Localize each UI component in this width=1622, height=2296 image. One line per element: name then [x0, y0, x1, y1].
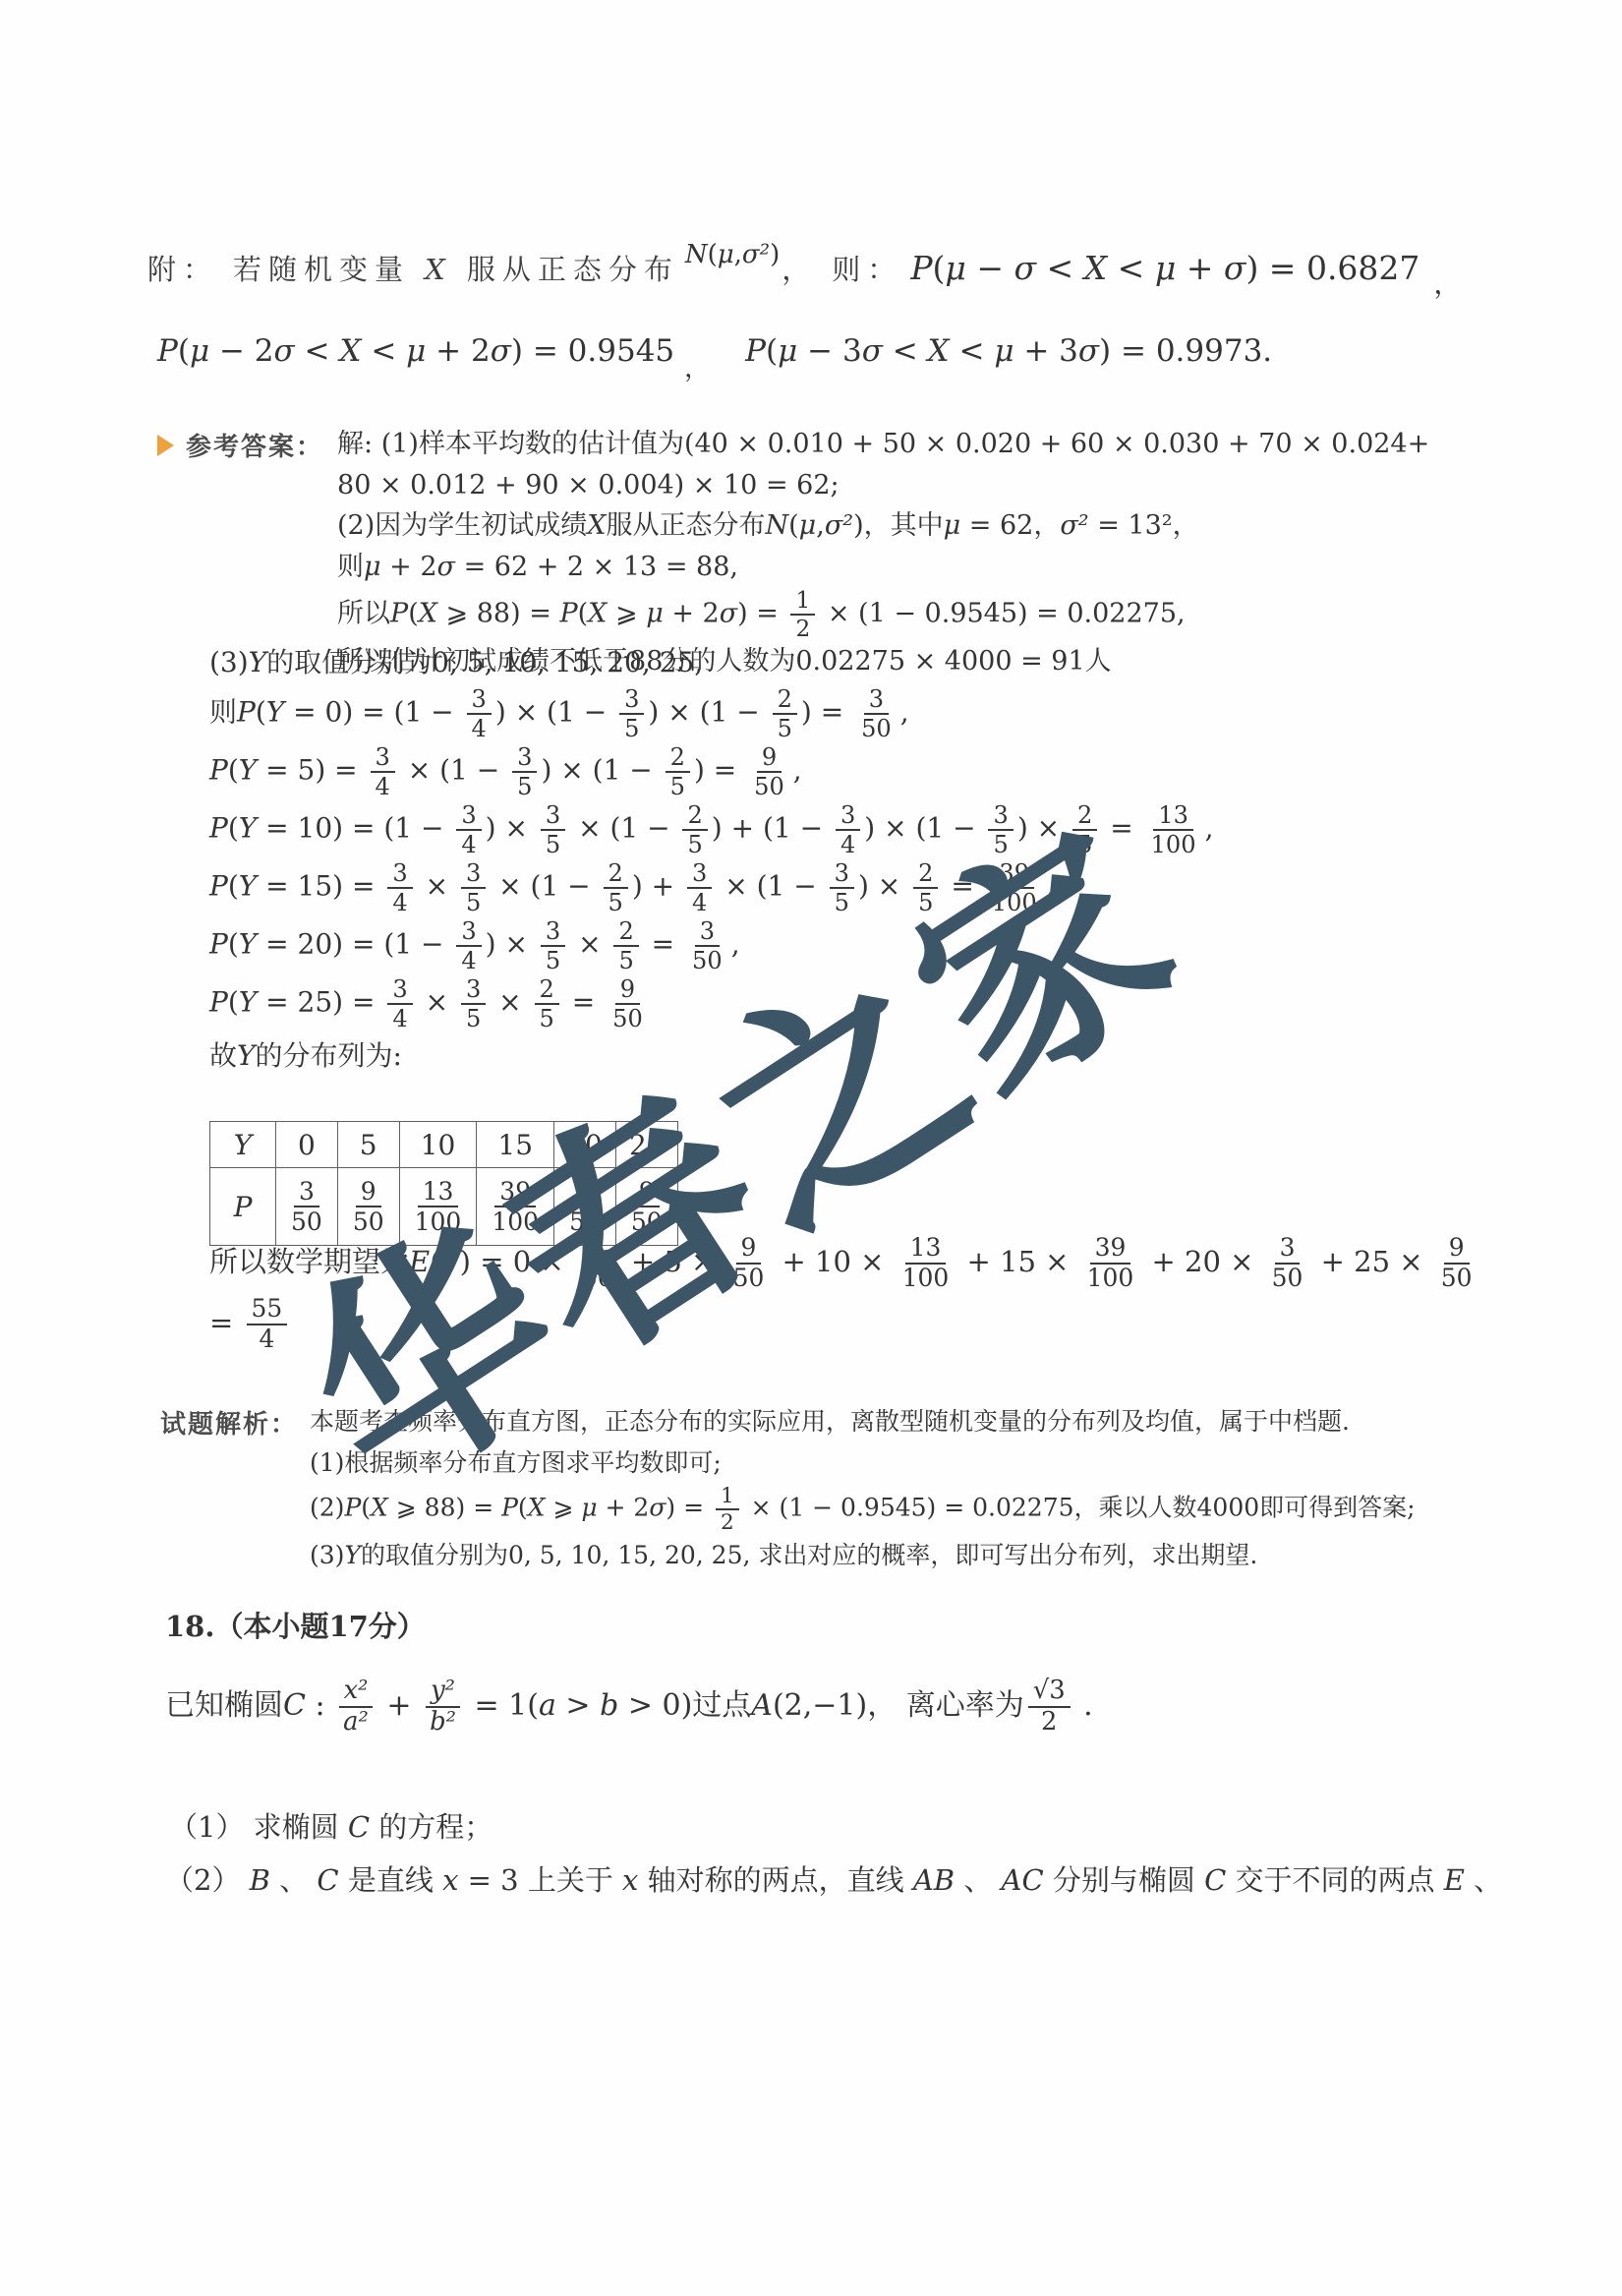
- math-line: 则P(Y = 0) = (1 − 34) × (1 − 35) × (1 − 2…: [209, 686, 1213, 741]
- answer-arrow-icon: [157, 435, 174, 456]
- table-cell: 950: [615, 1168, 677, 1246]
- probability-formula-2: P(μ − 2σ < X < μ + 2σ) = 0.9545: [157, 333, 674, 369]
- math-line: P(Y = 20) = (1 − 34) × 35 × 25 = 350,: [209, 918, 1213, 973]
- math-line: P(Y = 15) = 34 × 35 × (1 − 25) + 34 × (1…: [209, 860, 1213, 915]
- math-line: 所以P(X ⩾ 88) = P(X ⩾ μ + 2σ) = 12 × (1 − …: [337, 588, 1429, 641]
- appendix-line-2: P(μ − 2σ < X < μ + 2σ) = 0.9545 ， P(μ − …: [157, 332, 1272, 369]
- question-18-item-2: （2） B 、 C 是直线 x = 3 上关于 x 轴对称的两点，直线 AB 、…: [165, 1858, 1571, 1899]
- math-line: 80 × 0.012 + 90 × 0.004) × 10 = 62;: [337, 466, 1429, 506]
- table-cell: 13100: [399, 1168, 477, 1246]
- expectation-calculation: 所以数学期望为E(Y) = 0 × 350 + 5 × 950 + 10 × 1…: [209, 1235, 1481, 1357]
- table-cell: 10: [399, 1122, 477, 1168]
- table-header-y: Y: [210, 1122, 276, 1168]
- table-row-y: Y 0510152025: [210, 1122, 678, 1168]
- table-cell: 15: [477, 1122, 554, 1168]
- probability-formula-1: P(μ − σ < X < μ + σ) = 0.6827: [910, 249, 1419, 287]
- math-line: P(Y = 25) = 34 × 35 × 25 = 950: [209, 976, 1213, 1031]
- question-18-item-1: （1） 求椭圆 C 的方程；: [169, 1805, 492, 1846]
- table-header-p: P: [210, 1168, 276, 1246]
- normal-distribution-formula: N(μ,σ²): [685, 240, 780, 269]
- math-line: (3)Y的取值分别为0, 5, 10, 15, 20, 25, 求出对应的概率，…: [310, 1536, 1416, 1575]
- math-line: 所以数学期望为E(Y) = 0 × 350 + 5 × 950 + 10 × 1…: [209, 1235, 1481, 1292]
- question-18-intro: 已知椭圆C : x²a² + y²b² = 1(a > b > 0)过点A(2,…: [165, 1678, 1093, 1737]
- table-cell: 25: [615, 1122, 677, 1168]
- math-line: 故Y的分布列为:: [209, 1034, 1213, 1077]
- probability-formula-3: P(μ − 3σ < X < μ + 3σ) = 0.9973.: [745, 333, 1272, 369]
- reference-answer-label-row: 参考答案：: [157, 427, 323, 463]
- table-cell: 350: [276, 1168, 338, 1246]
- table-cell: 20: [554, 1122, 616, 1168]
- reference-answer-label: 参考答案：: [186, 427, 323, 463]
- math-line: (2)因为学生初试成绩X服从正态分布N(μ,σ²)，其中μ = 62，σ² = …: [337, 506, 1429, 547]
- math-line: 解: (1)样本平均数的估计值为(40 × 0.010 + 50 × 0.020…: [337, 425, 1429, 465]
- table-cell: 5: [337, 1122, 399, 1168]
- part3-solution: (3)Y的取值分别为0, 5, 10, 15, 20, 25,则P(Y = 0)…: [209, 641, 1213, 1081]
- analysis-label: 试题解析：: [160, 1404, 298, 1441]
- analysis-section: 试题解析： 本题考查频率分布直方图，正态分布的实际应用，离散型随机变量的分布列及…: [160, 1402, 1416, 1577]
- distribution-table: Y 0510152025 P 3509501310039100350950: [209, 1121, 678, 1246]
- question-18-heading: 18.（本小题17分）: [165, 1605, 426, 1645]
- appendix-line-1: 附： 若随机变量 X 服从正态分布 N(μ,σ²) ， 则： P(μ − σ <…: [147, 248, 1524, 288]
- table-cell: 950: [337, 1168, 399, 1246]
- table-row-p: P 3509501310039100350950: [210, 1168, 678, 1246]
- table-cell: 350: [554, 1168, 616, 1246]
- comma-mark: ，: [684, 348, 710, 384]
- math-line: 则μ + 2σ = 62 + 2 × 13 = 88,: [337, 548, 1429, 588]
- math-line: (2)P(X ⩾ 88) = P(X ⩾ μ + 2σ) = 12 × (1 −…: [310, 1485, 1416, 1534]
- table-cell: 39100: [477, 1168, 554, 1246]
- math-line: (3)Y的取值分别为0, 5, 10, 15, 20, 25,: [209, 641, 1213, 683]
- analysis-label-row: 试题解析：: [160, 1404, 298, 1441]
- appendix-intro-text: 附： 若随机变量 X 服从正态分布: [147, 248, 679, 288]
- comma-mark: ，: [1433, 263, 1461, 302]
- document-page: 附： 若随机变量 X 服从正态分布 N(μ,σ²) ， 则： P(μ − σ <…: [0, 0, 1622, 2296]
- table-cell: 0: [276, 1122, 338, 1168]
- math-line: P(Y = 10) = (1 − 34) × 35 × (1 − 25) + (…: [209, 802, 1213, 857]
- math-line: P(Y = 5) = 34 × (1 − 35) × (1 − 25) = 95…: [209, 744, 1213, 799]
- math-line: (1)根据频率分布直方图求平均数即可;: [310, 1443, 1416, 1483]
- appendix-then-text: ， 则：: [782, 248, 902, 288]
- math-line: = 554: [209, 1296, 1481, 1353]
- analysis-content: 本题考查频率分布直方图，正态分布的实际应用，离散型随机变量的分布列及均值，属于中…: [310, 1402, 1416, 1577]
- math-line: 本题考查频率分布直方图，正态分布的实际应用，离散型随机变量的分布列及均值，属于中…: [310, 1402, 1416, 1442]
